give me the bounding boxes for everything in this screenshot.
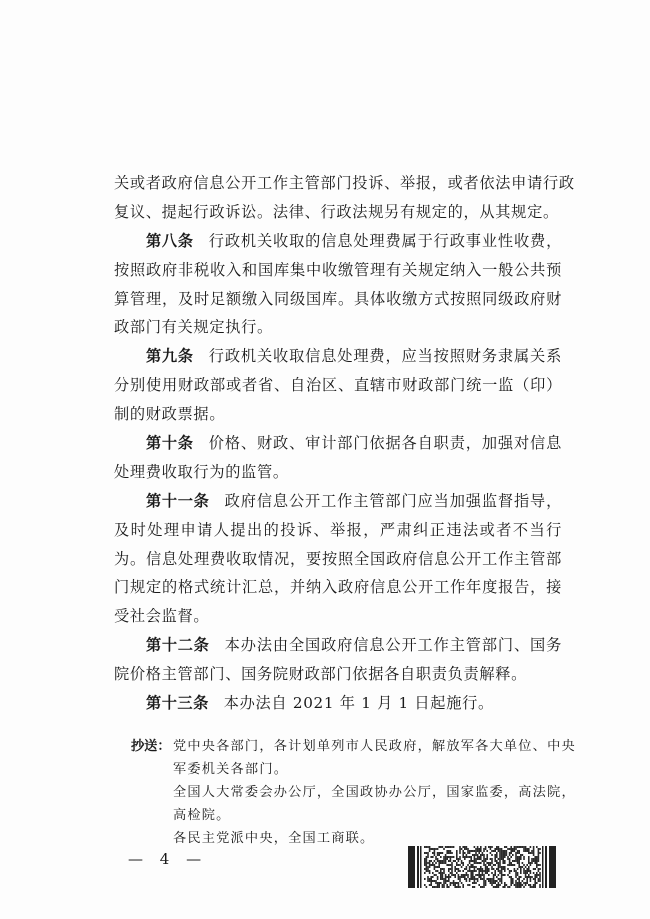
- article-heading: 第八条: [146, 232, 194, 250]
- body-line: 院价格主管部门、国务院财政部门依据各自职责负责解释。: [114, 662, 562, 691]
- pdf417-barcode-icon: [408, 846, 556, 888]
- article-10-line: 第十条价格、财政、审计部门依据各自职责，加强对信息: [114, 431, 562, 460]
- cc-label: 抄送：: [131, 737, 173, 757]
- body-line: 及时处理申请人提出的投诉、举报，严肃纠正违法或者不当行: [114, 518, 562, 547]
- article-heading: 第九条: [146, 347, 194, 365]
- article-text: 政府信息公开工作主管部门应当加强监督指导，: [225, 492, 563, 510]
- article-text: 本办法自 2021 年 1 月 1 日起施行。: [224, 694, 494, 712]
- article-11-line: 第十一条政府信息公开工作主管部门应当加强监督指导，: [114, 489, 562, 518]
- body-line: 按照政府非税收入和国库集中收缴管理有关规定纳入一般公共预: [114, 258, 562, 287]
- article-text: 行政机关收取的信息处理费属于行政事业性收费，: [209, 232, 562, 250]
- article-heading: 第十条: [146, 434, 194, 452]
- article-heading: 第十二条: [146, 636, 210, 654]
- article-13-line: 第十三条本办法自 2021 年 1 月 1 日起施行。: [114, 691, 562, 720]
- body-line: 复议、提起行政诉讼。法律、行政法规另有规定的，从其规定。: [114, 200, 562, 229]
- body-line: 分别使用财政部或者省、自治区、直辖市财政部门统一监（印）: [114, 373, 562, 402]
- cc-row: 高检院。: [131, 806, 571, 829]
- body-line: 受社会监督。: [114, 604, 562, 633]
- body-line: 算管理，及时足额缴入同级国库。具体收缴方式按照同级政府财: [114, 287, 562, 316]
- body-line: 政部门有关规定执行。: [114, 315, 562, 344]
- article-heading: 第十一条: [146, 492, 210, 510]
- article-text: 行政机关收取信息处理费，应当按照财务隶属关系: [209, 347, 562, 365]
- article-text: 价格、财政、审计部门依据各自职责，加强对信息: [209, 434, 562, 452]
- document-page: 关或者政府信息公开工作主管部门投诉、举报，或者依法申请行政 复议、提起行政诉讼。…: [0, 0, 650, 919]
- article-9-line: 第九条行政机关收取信息处理费，应当按照财务隶属关系: [114, 344, 562, 373]
- cc-recipients: 党中央各部门，各计划单列市人民政府，解放军各大单位、中央: [173, 739, 576, 754]
- page-number: — 4 —: [128, 850, 207, 868]
- document-body: 关或者政府信息公开工作主管部门投诉、举报，或者依法申请行政 复议、提起行政诉讼。…: [114, 171, 562, 720]
- article-text: 本办法由全国政府信息公开工作主管部门、国务: [225, 636, 563, 654]
- body-line: 关或者政府信息公开工作主管部门投诉、举报，或者依法申请行政: [114, 171, 562, 200]
- body-line: 门规定的格式统计汇总，并纳入政府信息公开工作年度报告，接: [114, 575, 562, 604]
- body-line: 制的财政票据。: [114, 402, 562, 431]
- cc-row: 军委机关各部门。: [131, 760, 571, 783]
- article-12-line: 第十二条本办法由全国政府信息公开工作主管部门、国务: [114, 633, 562, 662]
- body-line: 为。信息处理费收取情况，要按照全国政府信息公开工作主管部: [114, 547, 562, 576]
- article-8-line: 第八条行政机关收取的信息处理费属于行政事业性收费，: [114, 229, 562, 258]
- body-line: 处理费收取行为的监管。: [114, 460, 562, 489]
- cc-row: 抄送：党中央各部门，各计划单列市人民政府，解放军各大单位、中央: [131, 737, 571, 760]
- cc-distribution-list: 抄送：党中央各部门，各计划单列市人民政府，解放军各大单位、中央 军委机关各部门。…: [131, 737, 571, 852]
- article-heading: 第十三条: [146, 694, 209, 712]
- cc-row: 全国人大常委会办公厅，全国政协办公厅，国家监委，高法院，: [131, 783, 571, 806]
